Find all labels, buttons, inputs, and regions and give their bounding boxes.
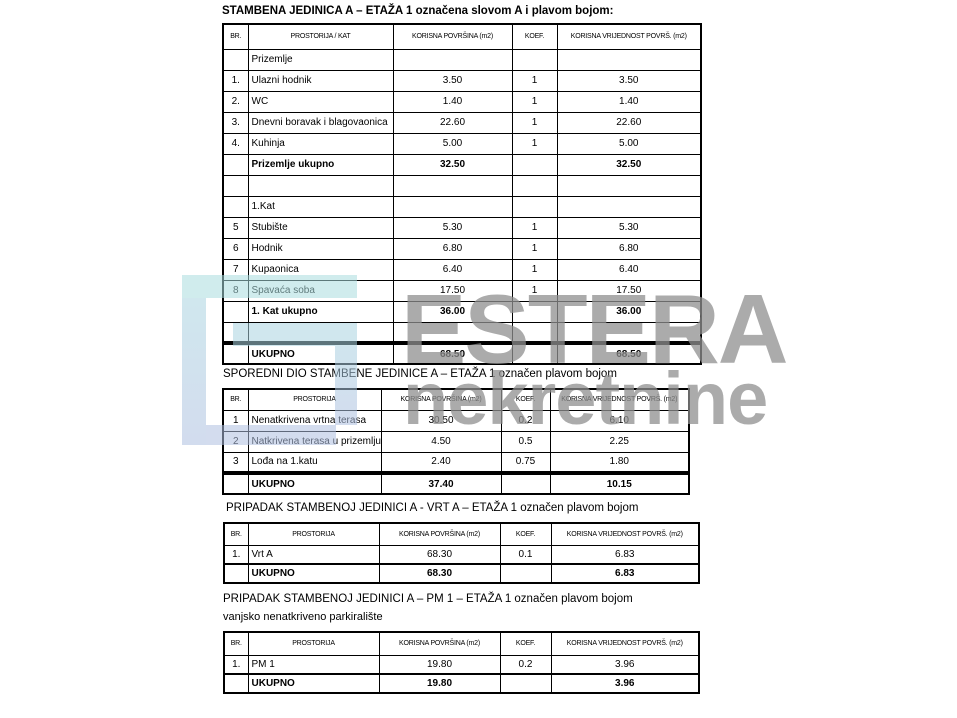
usable-area: 68.30 [379, 545, 500, 564]
usable-area [393, 175, 512, 196]
room-name: Kuhinja [248, 133, 393, 154]
coefficient [501, 473, 550, 494]
usable-area: 37.40 [381, 473, 501, 494]
room-name: Spavaća soba [248, 280, 393, 301]
table-row: 2Natkrivena terasa u prizemlju4.500.52.2… [223, 431, 689, 452]
usable-area: 5.30 [393, 217, 512, 238]
weighted-area: 68.50 [557, 343, 701, 364]
weighted-area: 10.15 [550, 473, 689, 494]
row-number: 1. [223, 70, 248, 91]
table-row: 6Hodnik6.8016.80 [223, 238, 701, 259]
usable-area [393, 322, 512, 343]
room-name: Prizemlje [248, 49, 393, 70]
weighted-area: 36.00 [557, 301, 701, 322]
table-row: Prizemlje [223, 49, 701, 70]
row-number [224, 674, 248, 693]
usable-area: 19.80 [379, 655, 500, 674]
row-number: 1. [224, 655, 248, 674]
coefficient: 0.2 [501, 410, 550, 431]
usable-area: 3.50 [393, 70, 512, 91]
row-number [223, 196, 248, 217]
usable-area: 6.80 [393, 238, 512, 259]
room-name: Lođa na 1.katu [248, 452, 381, 473]
room-name: Vrt A [248, 545, 379, 564]
section4-subtitle: vanjsko nenatkriveno parkiralište [223, 611, 383, 623]
column-header: KOEF. [500, 523, 551, 545]
coefficient [512, 154, 557, 175]
row-number: 3. [223, 112, 248, 133]
row-number: 5 [223, 217, 248, 238]
row-number: 8 [223, 280, 248, 301]
usable-area: 1.40 [393, 91, 512, 112]
table-header-row: BR.PROSTORIJA / KATKORISNA POVRŠINA (m2)… [223, 24, 701, 49]
column-header: PROSTORIJA [248, 389, 381, 410]
coefficient: 1 [512, 70, 557, 91]
table-total-row: 1. Kat ukupno36.0036.00 [223, 301, 701, 322]
coefficient [512, 322, 557, 343]
column-header: KORISNA POVRŠINA (m2) [393, 24, 512, 49]
room-name: Ulazni hodnik [248, 70, 393, 91]
weighted-area: 3.50 [557, 70, 701, 91]
coefficient: 1 [512, 280, 557, 301]
usable-area [393, 49, 512, 70]
weighted-area: 2.25 [550, 431, 689, 452]
coefficient: 1 [512, 238, 557, 259]
column-header: KORISNA POVRŠINA (m2) [379, 632, 500, 655]
usable-area: 19.80 [379, 674, 500, 693]
row-number [223, 49, 248, 70]
column-header: KOEF. [501, 389, 550, 410]
weighted-area [557, 196, 701, 217]
coefficient: 0.75 [501, 452, 550, 473]
weighted-area: 6.10 [550, 410, 689, 431]
coefficient: 0.5 [501, 431, 550, 452]
table-sporedni-dio: BR.PROSTORIJAKORISNA POVRŠINA (m2)KOEF.K… [222, 388, 690, 495]
table-pripadak-vrt: BR.PROSTORIJAKORISNA POVRŠINA (m2)KOEF.K… [223, 522, 700, 584]
column-header: PROSTORIJA [248, 523, 379, 545]
weighted-area: 6.83 [551, 564, 699, 583]
coefficient: 1 [512, 259, 557, 280]
usable-area: 6.40 [393, 259, 512, 280]
weighted-area: 32.50 [557, 154, 701, 175]
column-header: KORISNA VRIJEDNOST POVRŠ. (m2) [551, 523, 699, 545]
room-name: 1. Kat ukupno [248, 301, 393, 322]
table-row: 2.WC1.4011.40 [223, 91, 701, 112]
column-header: KORISNA VRIJEDNOST POVRŠ. (m2) [557, 24, 701, 49]
row-number: 4. [223, 133, 248, 154]
column-header: BR. [224, 523, 248, 545]
table-total-row: UKUPNO68.306.83 [224, 564, 699, 583]
room-name: UKUPNO [248, 343, 393, 364]
room-name: Nenatkrivena vrtna terasa [248, 410, 381, 431]
section3-title: PRIPADAK STAMBENOJ JEDINICI A - VRT A – … [226, 502, 638, 514]
room-name: Stubište [248, 217, 393, 238]
weighted-area [557, 49, 701, 70]
weighted-area [557, 322, 701, 343]
section1-title: STAMBENA JEDINICA A – ETAŽA 1 označena s… [222, 5, 613, 17]
column-header: KORISNA POVRŠINA (m2) [381, 389, 501, 410]
weighted-area: 5.30 [557, 217, 701, 238]
coefficient: 0.1 [500, 545, 551, 564]
column-header: KORISNA VRIJEDNOST POVRŠ. (m2) [550, 389, 689, 410]
coefficient [512, 196, 557, 217]
usable-area: 2.40 [381, 452, 501, 473]
row-number [224, 564, 248, 583]
coefficient: 1 [512, 112, 557, 133]
coefficient: 1 [512, 133, 557, 154]
weighted-area: 6.40 [557, 259, 701, 280]
table-header-row: BR.PROSTORIJAKORISNA POVRŠINA (m2)KOEF.K… [223, 389, 689, 410]
room-name [248, 322, 393, 343]
row-number [223, 473, 248, 494]
table-row: 7Kupaonica6.4016.40 [223, 259, 701, 280]
room-name: PM 1 [248, 655, 379, 674]
coefficient [512, 49, 557, 70]
coefficient: 1 [512, 217, 557, 238]
coefficient [512, 343, 557, 364]
room-name: Natkrivena terasa u prizemlju [248, 431, 381, 452]
coefficient: 0.2 [500, 655, 551, 674]
room-name: UKUPNO [248, 473, 381, 494]
weighted-area: 17.50 [557, 280, 701, 301]
coefficient [512, 301, 557, 322]
weighted-area [557, 175, 701, 196]
table-row: 8Spavaća soba17.50117.50 [223, 280, 701, 301]
usable-area: 36.00 [393, 301, 512, 322]
column-header: BR. [223, 24, 248, 49]
table-row [223, 322, 701, 343]
row-number: 3 [223, 452, 248, 473]
weighted-area: 22.60 [557, 112, 701, 133]
weighted-area: 6.83 [551, 545, 699, 564]
column-header: KORISNA POVRŠINA (m2) [379, 523, 500, 545]
table-total-row: Prizemlje ukupno32.5032.50 [223, 154, 701, 175]
room-name: UKUPNO [248, 564, 379, 583]
usable-area: 32.50 [393, 154, 512, 175]
room-name: WC [248, 91, 393, 112]
table-pripadak-parking: BR.PROSTORIJAKORISNA POVRŠINA (m2)KOEF.K… [223, 631, 700, 694]
weighted-area: 6.80 [557, 238, 701, 259]
row-number: 6 [223, 238, 248, 259]
column-header: BR. [224, 632, 248, 655]
column-header: PROSTORIJA [248, 632, 379, 655]
table-total-row: UKUPNO19.803.96 [224, 674, 699, 693]
table-row: 1.Vrt A68.300.16.83 [224, 545, 699, 564]
weighted-area: 3.96 [551, 655, 699, 674]
usable-area: 5.00 [393, 133, 512, 154]
usable-area: 30.50 [381, 410, 501, 431]
section2-title: SPOREDNI DIO STAMBENE JEDINICE A – ETAŽA… [223, 368, 617, 380]
room-name: Hodnik [248, 238, 393, 259]
table-row: 3Lođa na 1.katu2.400.751.80 [223, 452, 689, 473]
table-row: 1.Kat [223, 196, 701, 217]
weighted-area: 1.80 [550, 452, 689, 473]
row-number: 1 [223, 410, 248, 431]
usable-area: 68.30 [379, 564, 500, 583]
weighted-area: 3.96 [551, 674, 699, 693]
usable-area: 68.50 [393, 343, 512, 364]
row-number: 1. [224, 545, 248, 564]
column-header: KOEF. [500, 632, 551, 655]
row-number: 2 [223, 431, 248, 452]
usable-area [393, 196, 512, 217]
table-total-row: UKUPNO68.5068.50 [223, 343, 701, 364]
row-number: 7 [223, 259, 248, 280]
room-name: 1.Kat [248, 196, 393, 217]
column-header: KORISNA VRIJEDNOST POVRŠ. (m2) [551, 632, 699, 655]
usable-area: 4.50 [381, 431, 501, 452]
row-number [223, 154, 248, 175]
coefficient [512, 175, 557, 196]
row-number [223, 301, 248, 322]
row-number [223, 343, 248, 364]
room-name: UKUPNO [248, 674, 379, 693]
column-header: BR. [223, 389, 248, 410]
room-name: Kupaonica [248, 259, 393, 280]
table-row: 4.Kuhinja5.0015.00 [223, 133, 701, 154]
table-row: 5Stubište5.3015.30 [223, 217, 701, 238]
room-name: Prizemlje ukupno [248, 154, 393, 175]
usable-area: 22.60 [393, 112, 512, 133]
weighted-area: 5.00 [557, 133, 701, 154]
logo-outer-left-bar [182, 298, 206, 445]
table-stambena-jedinica: BR.PROSTORIJA / KATKORISNA POVRŠINA (m2)… [222, 23, 702, 365]
row-number: 2. [223, 91, 248, 112]
table-row: 1.Ulazni hodnik3.5013.50 [223, 70, 701, 91]
row-number [223, 175, 248, 196]
table-row [223, 175, 701, 196]
table-header-row: BR.PROSTORIJAKORISNA POVRŠINA (m2)KOEF.K… [224, 632, 699, 655]
coefficient: 1 [512, 91, 557, 112]
coefficient [500, 674, 551, 693]
coefficient [500, 564, 551, 583]
room-name [248, 175, 393, 196]
column-header: PROSTORIJA / KAT [248, 24, 393, 49]
usable-area: 17.50 [393, 280, 512, 301]
column-header: KOEF. [512, 24, 557, 49]
table-header-row: BR.PROSTORIJAKORISNA POVRŠINA (m2)KOEF.K… [224, 523, 699, 545]
room-name: Dnevni boravak i blagovaonica [248, 112, 393, 133]
table-row: 1.PM 119.800.23.96 [224, 655, 699, 674]
table-total-row: UKUPNO37.4010.15 [223, 473, 689, 494]
section4-title: PRIPADAK STAMBENOJ JEDINICI A – PM 1 – E… [223, 593, 633, 605]
table-row: 3.Dnevni boravak i blagovaonica22.60122.… [223, 112, 701, 133]
weighted-area: 1.40 [557, 91, 701, 112]
row-number [223, 322, 248, 343]
table-row: 1Nenatkrivena vrtna terasa30.500.26.10 [223, 410, 689, 431]
